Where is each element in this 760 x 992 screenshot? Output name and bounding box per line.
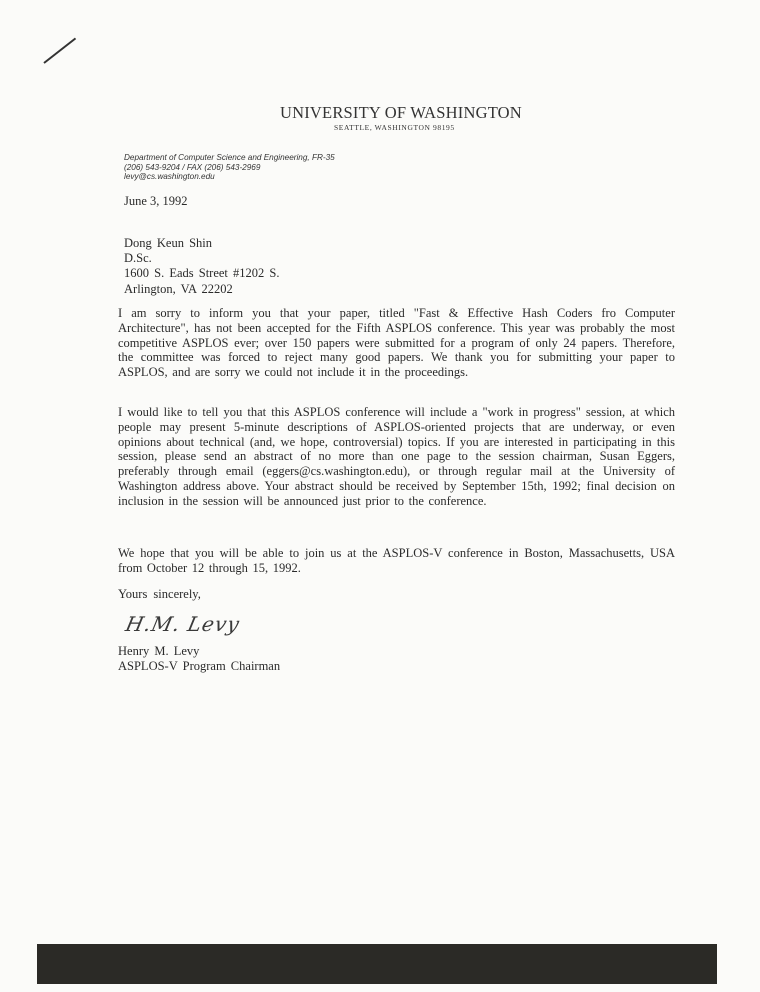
signer-title: ASPLOS-V Program Chairman: [118, 659, 280, 674]
pen-mark: [43, 38, 76, 64]
letterhead-institution: UNIVERSITY OF WASHINGTON: [280, 103, 520, 123]
recipient-street: 1600 S. Eads Street #1202 S.: [124, 266, 279, 281]
recipient-name: Dong Keun Shin: [124, 236, 279, 251]
signer-name: Henry M. Levy: [118, 644, 280, 659]
body-paragraph: I would like to tell you that this ASPLO…: [118, 405, 675, 509]
scan-footer-bar: [37, 944, 717, 984]
recipient-address: Dong Keun Shin D.Sc. 1600 S. Eads Street…: [124, 236, 279, 297]
department-block: Department of Computer Science and Engin…: [124, 153, 335, 182]
recipient-degree: D.Sc.: [124, 251, 279, 266]
signer-block: Henry M. Levy ASPLOS-V Program Chairman: [118, 644, 280, 674]
body-paragraph: We hope that you will be able to join us…: [118, 546, 675, 576]
department-phone: (206) 543-9204 / FAX (206) 543-2969: [124, 163, 335, 173]
letter-date: June 3, 1992: [124, 194, 188, 209]
closing: Yours sincerely,: [118, 587, 201, 602]
letterhead-city: SEATTLE, WASHINGTON 98195: [334, 123, 455, 132]
recipient-city: Arlington, VA 22202: [124, 282, 279, 297]
body-paragraph: I am sorry to inform you that your paper…: [118, 306, 675, 380]
department-email: levy@cs.washington.edu: [124, 172, 335, 182]
department-name: Department of Computer Science and Engin…: [124, 153, 335, 163]
signature: H.M. Levy: [123, 612, 242, 636]
